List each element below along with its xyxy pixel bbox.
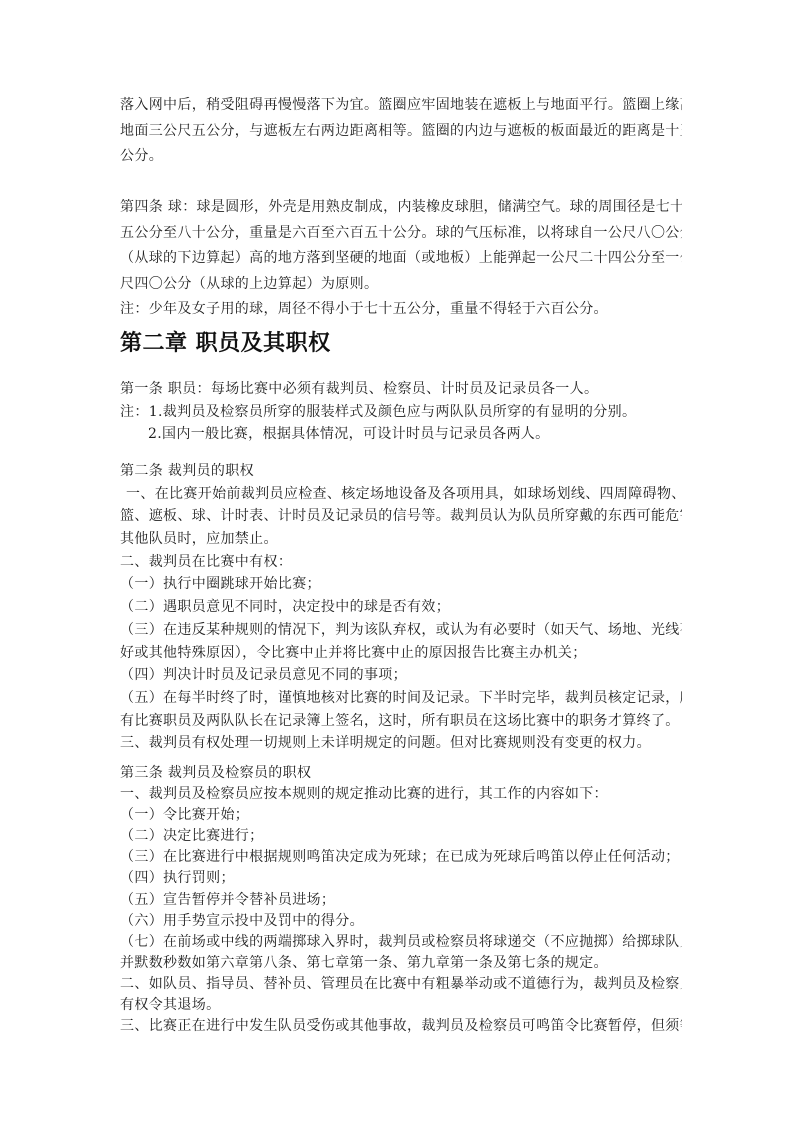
text-line: 第一条 职员：每场比赛中必须有裁判员、检察员、计时员及记录员各一人。 <box>120 378 682 401</box>
list-item: （二）决定比赛进行； <box>120 826 682 847</box>
note-line: 注：少年及女子用的球，周径不得小于七十五公分，重量不得轻于六百公分。 <box>120 297 682 323</box>
list-item: （一）令比赛开始； <box>120 805 682 826</box>
text-line: 其他队员时，应加禁止。 <box>120 528 682 551</box>
text-line: 有比赛职员及两队队长在记录簿上签名，这时，所有职员在这场比赛中的职务才算终了。 <box>120 710 682 733</box>
article-1-officials-paragraph: 第一条 职员：每场比赛中必须有裁判员、检察员、计时员及记录员各一人。 注：1.裁… <box>120 378 682 446</box>
list-item: （三）在比赛进行中根据规则鸣笛决定成为死球；在已成为死球后鸣笛以停止任何活动； <box>120 847 682 868</box>
article-2-referee-powers-paragraph: 第二条 裁判员的职权 一、在比赛开始前裁判员应检查、核定场地设备及各项用具，如球… <box>120 460 682 755</box>
text-line: 五公分至八十公分，重量是六百至六百五十公分。球的气压标准，以将球自一公尺八〇公分 <box>120 221 682 247</box>
text-line: 并默数秒数如第六章第八条、第七章第一条、第九章第一条及第七条的规定。 <box>120 953 682 974</box>
text-line: （从球的下边算起）高的地方落到坚硬的地面（或地板）上能弹起一公尺二十四公分至一公 <box>120 246 682 272</box>
list-item: （一）执行中圈跳球开始比赛； <box>120 573 682 596</box>
list-item: （六）用手势宣示投中及罚中的得分。 <box>120 911 682 932</box>
text-line: 公分。 <box>120 144 682 170</box>
list-item: （五）在每半时终了时，谨慎地核对比赛的时间及记录。下半时完毕，裁判员核定记录，所 <box>120 687 682 710</box>
text-line: 一、裁判员及检察员应按本规则的规定推动比赛的进行，其工作的内容如下： <box>120 784 682 805</box>
list-item: （二）遇职员意见不同时，决定投中的球是否有效； <box>120 596 682 619</box>
text-line: 地面三公尺五公分，与遮板左右两边距离相等。篮圈的内边与遮板的板面最近的距离是十五 <box>120 119 682 145</box>
list-item: （五）宣告暂停并令替补员进场； <box>120 890 682 911</box>
note-line: 注：1.裁判员及检察员所穿的服装样式及颜色应与两队队员所穿的有显明的分别。 <box>120 401 682 424</box>
article-heading: 第三条 裁判员及检察员的职权 <box>120 763 682 784</box>
text-line: 篮、遮板、球、计时表、计时员及记录员的信号等。裁判员认为队员所穿戴的东西可能危害 <box>120 505 682 528</box>
text-line: 好或其他特殊原因），令比赛中止并将比赛中止的原因报告比赛主办机关； <box>120 642 682 665</box>
text-line: 第四条 球：球是圆形，外壳是用熟皮制成，内装橡皮球胆，储满空气。球的周围径是七十 <box>120 195 682 221</box>
article-heading: 第二条 裁判员的职权 <box>120 460 682 483</box>
text-line: 二、裁判员在比赛中有权： <box>120 551 682 574</box>
list-item: （七）在前场或中线的两端掷球入界时，裁判员或检察员将球递交（不应抛掷）给掷球队员… <box>120 932 682 953</box>
text-line: 三、比赛正在进行中发生队员受伤或其他事故，裁判员及检察员可鸣笛令比赛暂停，但须等 <box>120 1016 682 1037</box>
list-item: （三）在违反某种规则的情况下，判为该队弃权，或认为有必要时（如天气、场地、光线不 <box>120 619 682 642</box>
article-4-ball-paragraph: 第四条 球：球是圆形，外壳是用熟皮制成，内装橡皮球胆，储满空气。球的周围径是七十… <box>120 195 682 323</box>
text-line: 三、裁判员有权处理一切规则上未详明规定的问题。但对比赛规则没有变更的权力。 <box>120 732 682 755</box>
article-3-referee-umpire-powers-paragraph: 第三条 裁判员及检察员的职权 一、裁判员及检察员应按本规则的规定推动比赛的进行，… <box>120 763 682 1037</box>
list-item: （四）执行罚则； <box>120 868 682 889</box>
list-item: （四）判决计时员及记录员意见不同的事项； <box>120 664 682 687</box>
text-line: 落入网中后，稍受阻碍再慢慢落下为宜。篮圈应牢固地装在遮板上与地面平行。篮圈上缘离 <box>120 93 682 119</box>
text-line: 有权令其退场。 <box>120 995 682 1016</box>
text-line: 二、如队员、指导员、替补员、管理员在比赛中有粗暴举动或不道德行为，裁判员及检察员 <box>120 974 682 995</box>
note-line: 2.国内一般比赛，根据具体情况，可设计时员与记录员各两人。 <box>120 423 682 446</box>
article-4-continued-paragraph: 落入网中后，稍受阻碍再慢慢落下为宜。篮圈应牢固地装在遮板上与地面平行。篮圈上缘离… <box>120 93 682 170</box>
text-line: 尺四〇公分（从球的上边算起）为原则。 <box>120 272 682 298</box>
text-line: 一、在比赛开始前裁判员应检查、核定场地设备及各项用具，如球场划线、四周障碍物、球 <box>120 483 682 506</box>
chapter-title: 第二章 职员及其职权 <box>120 326 331 357</box>
